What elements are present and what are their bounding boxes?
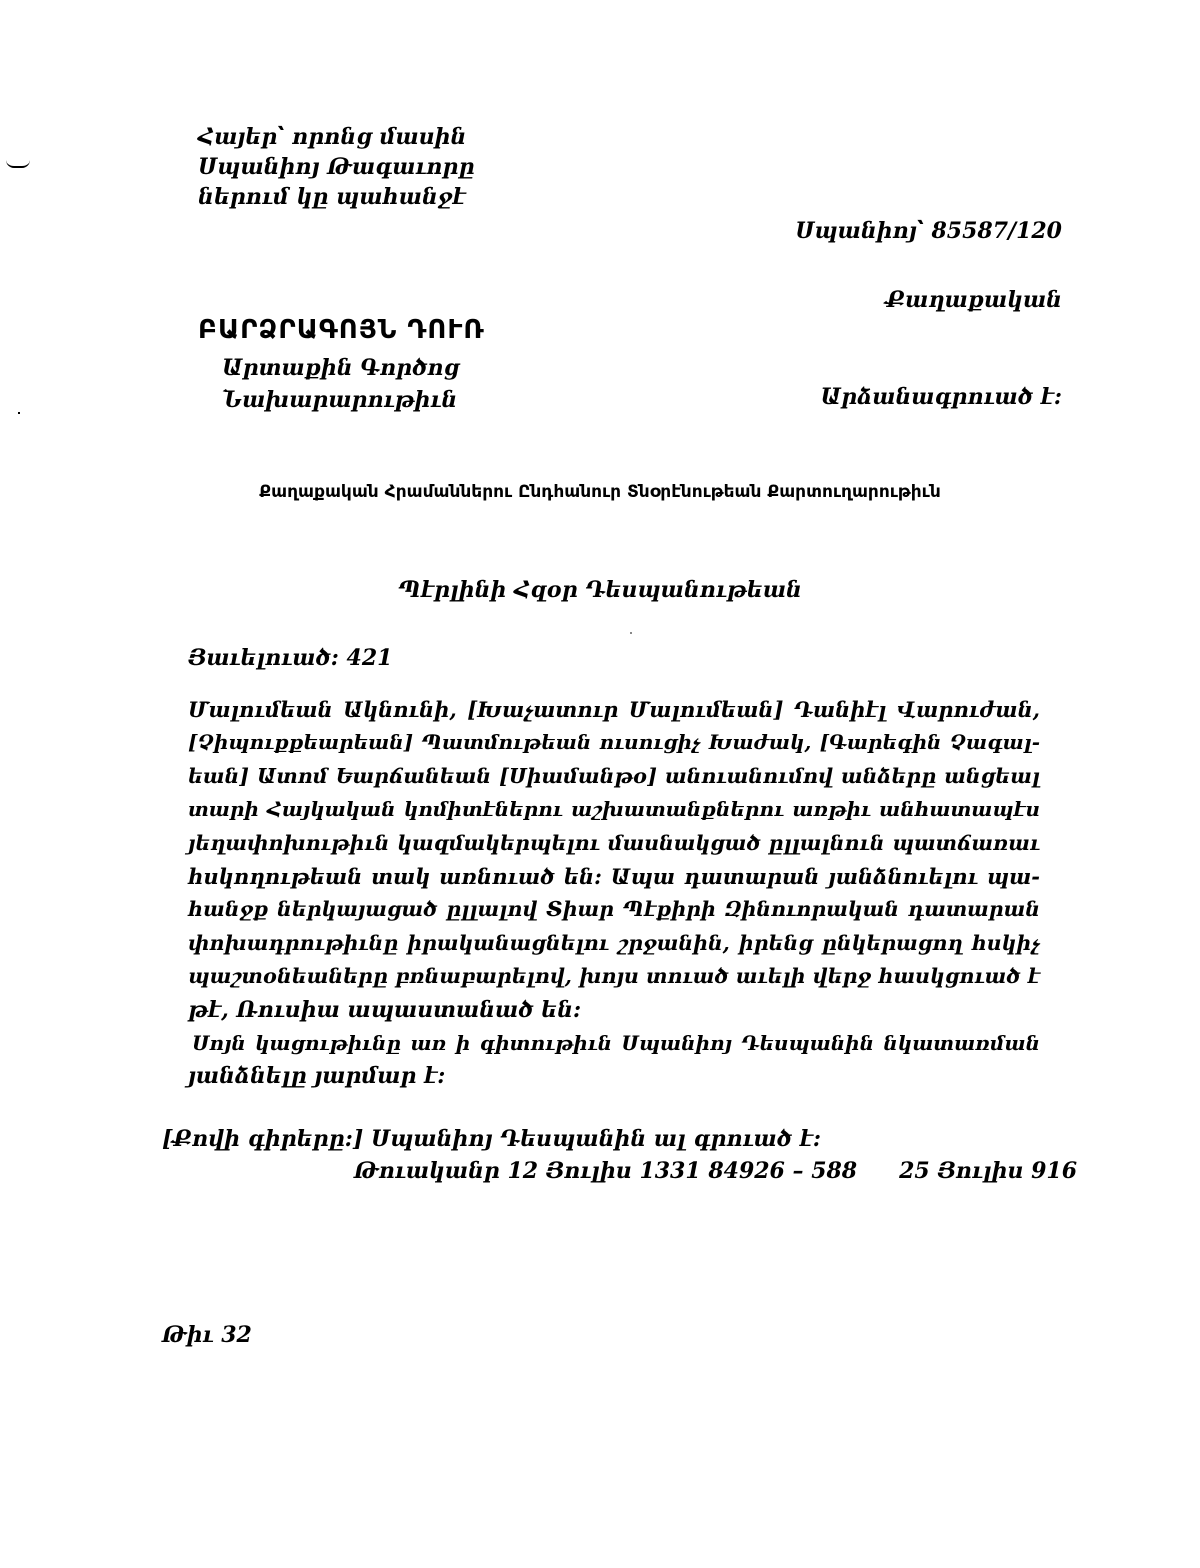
address-line: Սպանիոյ Թագաւորը [198,152,475,182]
postscript-date-right: 25 Յուլիս 916 [899,1158,1077,1184]
reference-number: Սպանիոյ՝ 85587/120 [795,218,1062,244]
directorate-title: Քաղաքական Հրամաններու Ընդհանուր Տնօրէնու… [0,482,1200,502]
body-line: յեղափոխութիւն կազմակերպելու մասնակցած ըլ… [188,827,1040,860]
ministry-line: Արտաքին Գործոց [222,352,459,384]
ministry-block: Արտաքին Գործոց Նախարարութիւն [222,352,459,416]
embassy-text: Պէրլինի Հզօր Դեսպանութեան [398,577,802,603]
body-line: տարի Հայկական կոմիտէներու աշխատանքներու … [188,793,1040,826]
scan-speck [630,632,632,634]
registered-note: Արձանագրուած է: [821,384,1062,410]
postscript-date-left: Թուականր 12 Յուլիս 1331 84926 – 588 [354,1158,857,1184]
category-label: Քաղաքական [886,287,1062,313]
body-line: հսկողութեան տակ առնուած են: Ապա դատարան … [188,860,1040,893]
annex-number: Յաւելուած: 421 [188,645,392,671]
postscript-line: [Քովի գիրերը:] Սպանիոյ Դեսպանին ալ գրուա… [162,1126,821,1152]
body-line: եան] Ատոմ Եարճանեան [Սիամանթօ] անուանում… [188,760,1040,793]
address-line: ներում կը պահանջէ [198,182,475,212]
margin-scan-mark [6,160,30,168]
body-line: [Չիպուքքեարեան] Պատմութեան ուսուցիչ Խաժա… [188,726,1040,759]
postscript-date-line: Թուականր 12 Յուլիս 1331 84926 – 58825 Յո… [354,1158,1077,1184]
document-body: Մալումեան Ակնունի, [Խաչատուր Մալումեան] … [188,693,1040,1094]
ministry-line: Նախարարութիւն [222,384,459,416]
embassy-title: Պէրլինի Հզօր Դեսպանութեան [0,577,1200,603]
body-line: փոխադրութիւնը իրականացնելու շրջանին, իրե… [188,927,1040,960]
body-line: Մալումեան Ակնունի, [Խաչատուր Մալումեան] … [188,693,1040,726]
body-line: Սոյն կացութիւնը առ ի գիտութիւն Սպանիոյ Դ… [188,1027,1040,1060]
body-line: հանջք ներկայացած ըլլալով Տիար Պէքիրի Զին… [188,893,1040,926]
address-block: Հայեր՝ որոնց մասին Սպանիոյ Թագաւորը ներո… [198,122,475,212]
address-line: Հայեր՝ որոնց մասին [198,122,475,152]
body-line: յանձնելը յարմար է: [188,1060,1040,1093]
section-heading: ԲԱՐՁՐԱԳՈՅՆ ԴՈՒՌ [198,315,485,345]
scan-speck [18,412,20,414]
page-number: Թիւ 32 [162,1322,252,1348]
body-line: պաշտօնեաները բռնաբարելով, խոյս տուած աւե… [188,960,1040,993]
body-line: թէ, Ռուսիա ապաստանած են: [188,994,1040,1027]
